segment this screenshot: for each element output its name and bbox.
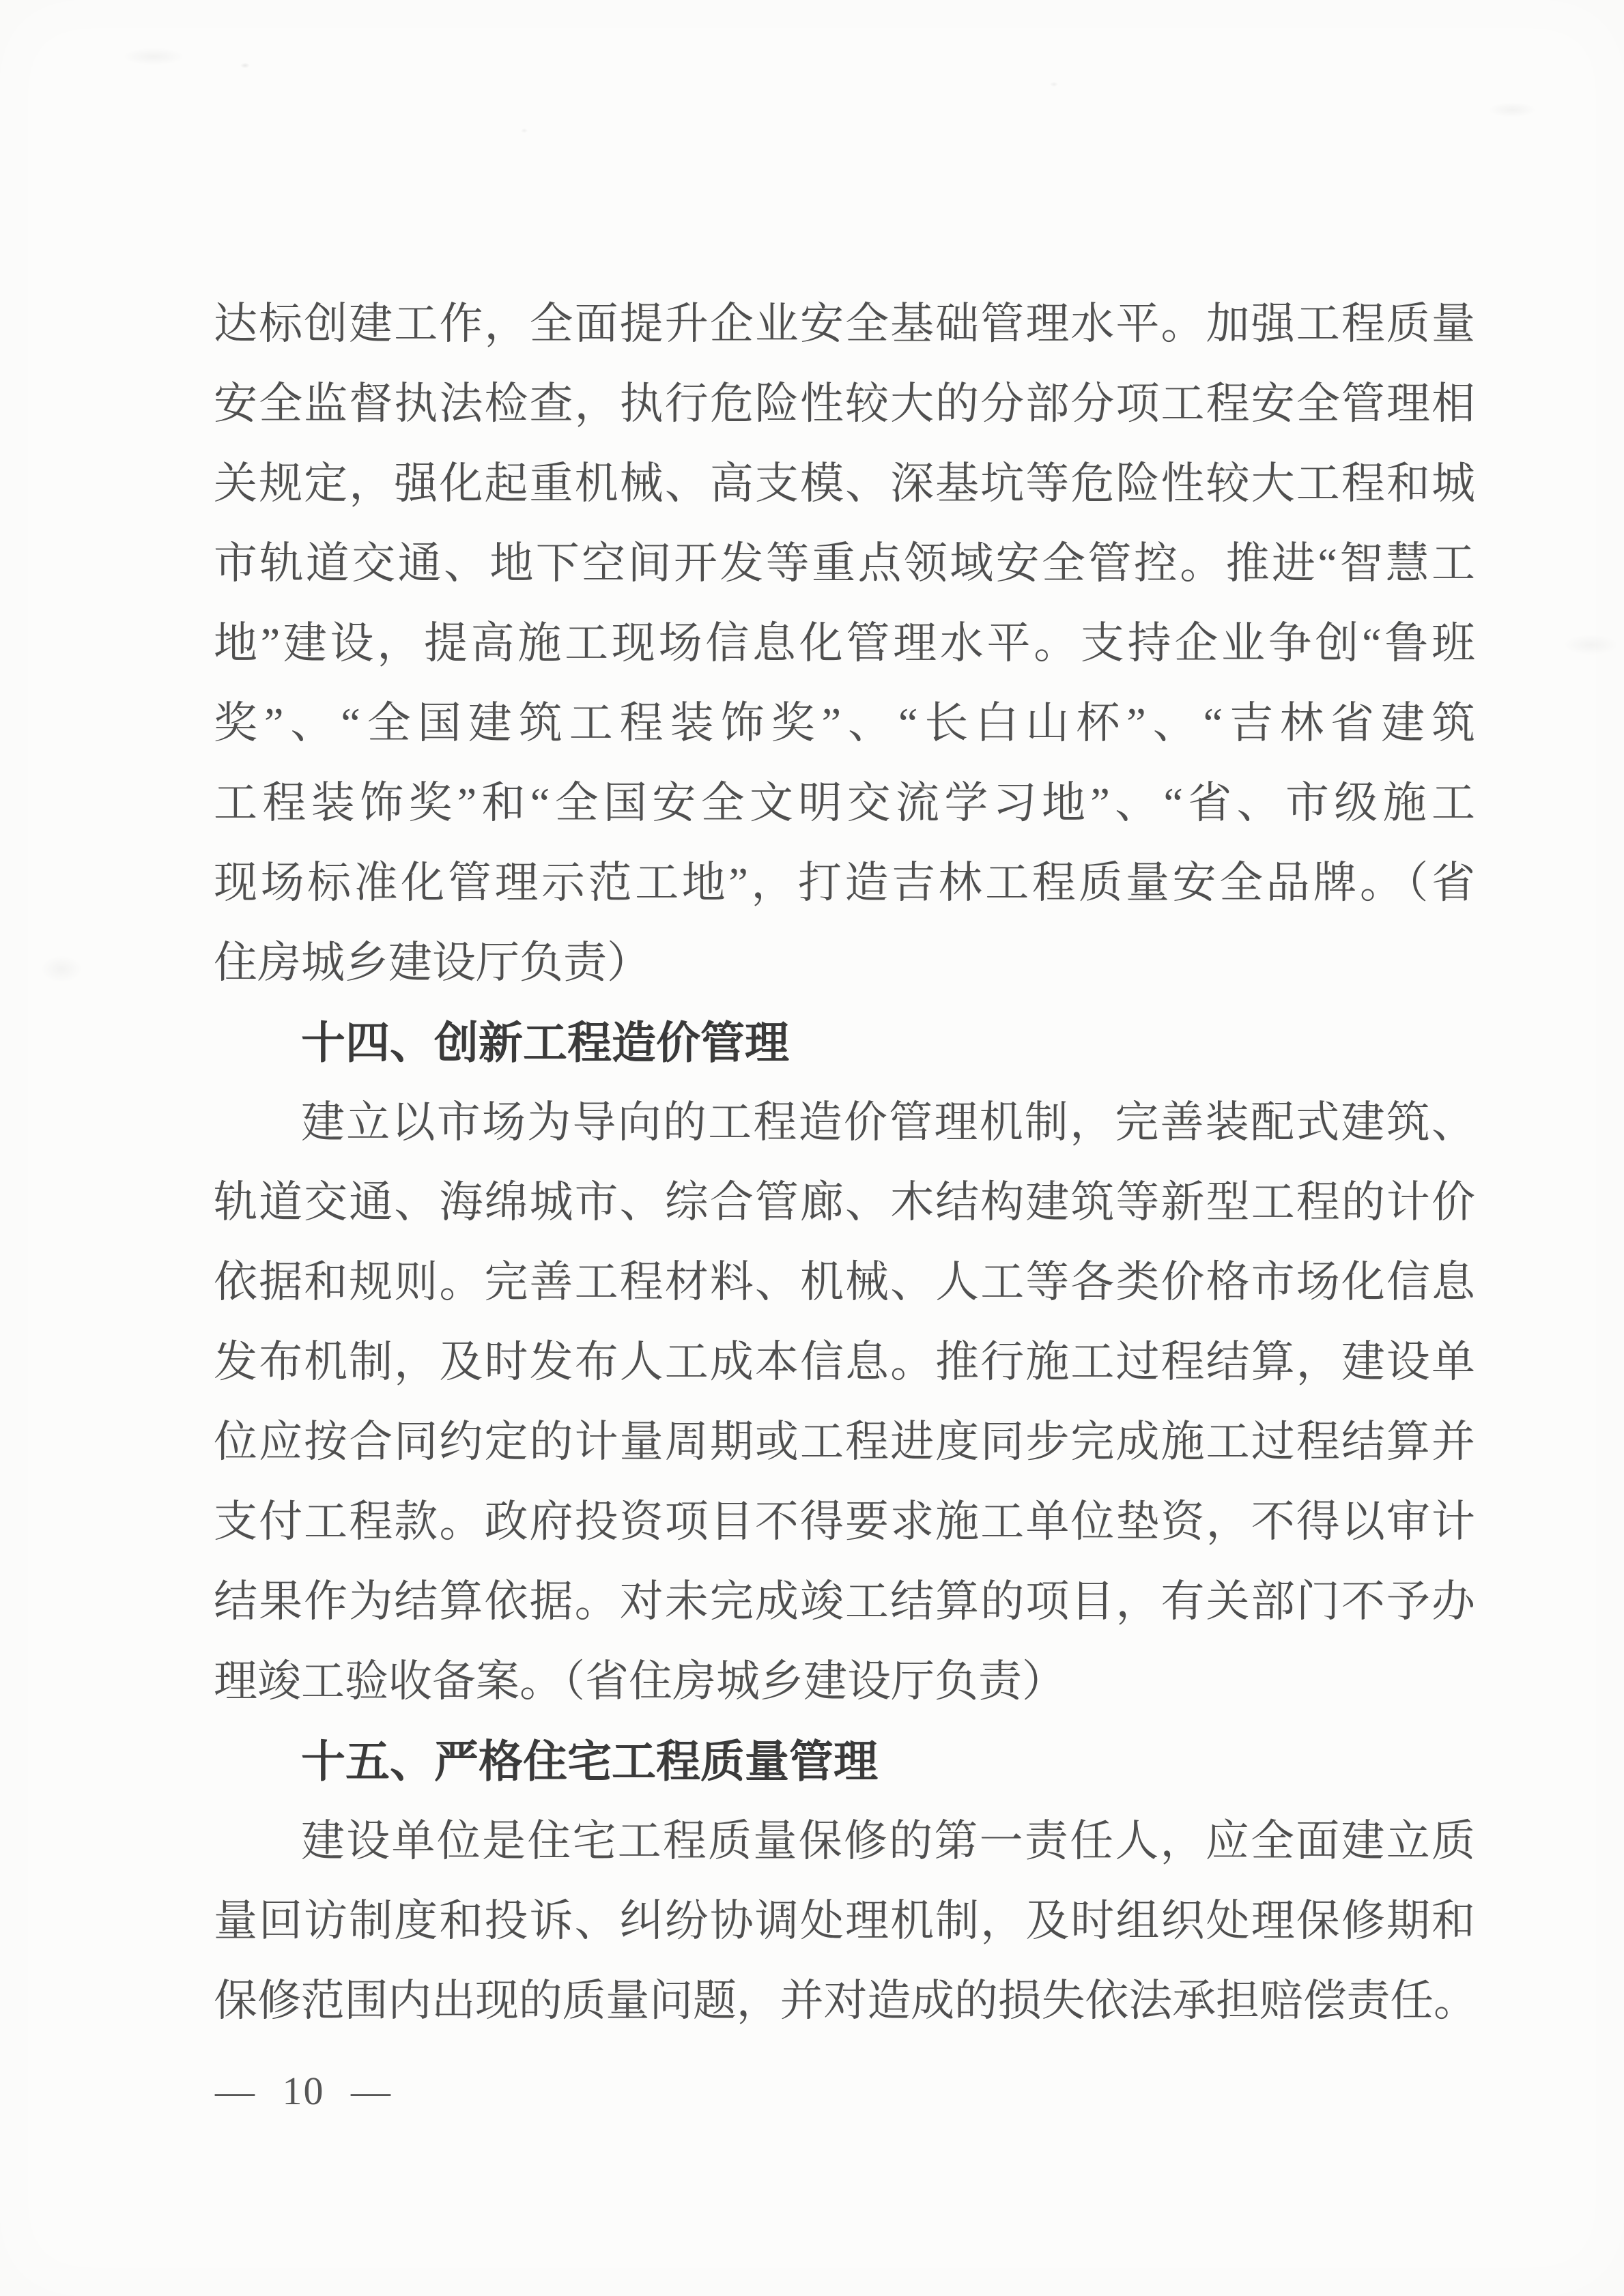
document-body: 达标创建工作，全面提升企业安全基础管理水平。加强工程质量 安全监督执法检查，执行… — [214, 284, 1475, 2041]
body-line: 依据和规则。完善工程材料、机械、人工等各类价格市场化信息 — [214, 1242, 1475, 1322]
body-line: 量回访制度和投诉、纠纷协调处理机制，及时组织处理保修期和 — [214, 1881, 1475, 1961]
body-line: 市轨道交通、地下空间开发等重点领域安全管控。推进“智慧工 — [214, 523, 1475, 603]
body-line: 达标创建工作，全面提升企业安全基础管理水平。加强工程质量 — [214, 284, 1475, 364]
body-line: 地”建设，提高施工现场信息化管理水平。支持企业争创“鲁班 — [214, 603, 1475, 683]
section-heading-15: 十五、严格住宅工程质量管理 — [214, 1721, 1475, 1801]
body-line: 支付工程款。政府投资项目不得要求施工单位垫资，不得以审计 — [214, 1482, 1475, 1562]
body-line: 建立以市场为导向的工程造价管理机制，完善装配式建筑、 — [214, 1082, 1475, 1162]
body-line: 位应按合同约定的计量周期或工程进度同步完成施工过程结算并 — [214, 1402, 1475, 1482]
body-line: 现场标准化管理示范工地”，打造吉林工程质量安全品牌。（省 — [214, 843, 1475, 923]
body-line: 住房城乡建设厅负责） — [214, 923, 1475, 1003]
document-page: 达标创建工作，全面提升企业安全基础管理水平。加强工程质量 安全监督执法检查，执行… — [0, 0, 1624, 2296]
body-line: 关规定，强化起重机械、高支模、深基坑等危险性较大工程和城 — [214, 444, 1475, 523]
page-number: — 10 — — [215, 2069, 392, 2113]
body-line: 轨道交通、海绵城市、综合管廊、木结构建筑等新型工程的计价 — [214, 1162, 1475, 1242]
body-line: 发布机制，及时发布人工成本信息。推行施工过程结算，建设单 — [214, 1322, 1475, 1402]
body-line: 建设单位是住宅工程质量保修的第一责任人，应全面建立质 — [214, 1801, 1475, 1881]
body-line: 工程装饰奖”和“全国安全文明交流学习地”、“省、市级施工 — [214, 763, 1475, 843]
body-line: 理竣工验收备案。（省住房城乡建设厅负责） — [214, 1641, 1475, 1721]
body-line: 安全监督执法检查，执行危险性较大的分部分项工程安全管理相 — [214, 364, 1475, 444]
section-heading-14: 十四、创新工程造价管理 — [214, 1003, 1475, 1082]
body-line: 奖”、“全国建筑工程装饰奖”、“长白山杯”、“吉林省建筑 — [214, 683, 1475, 763]
body-line: 保修范围内出现的质量问题，并对造成的损失依法承担赔偿责任。 — [214, 1961, 1475, 2041]
body-line: 结果作为结算依据。对未完成竣工结算的项目，有关部门不予办 — [214, 1562, 1475, 1641]
